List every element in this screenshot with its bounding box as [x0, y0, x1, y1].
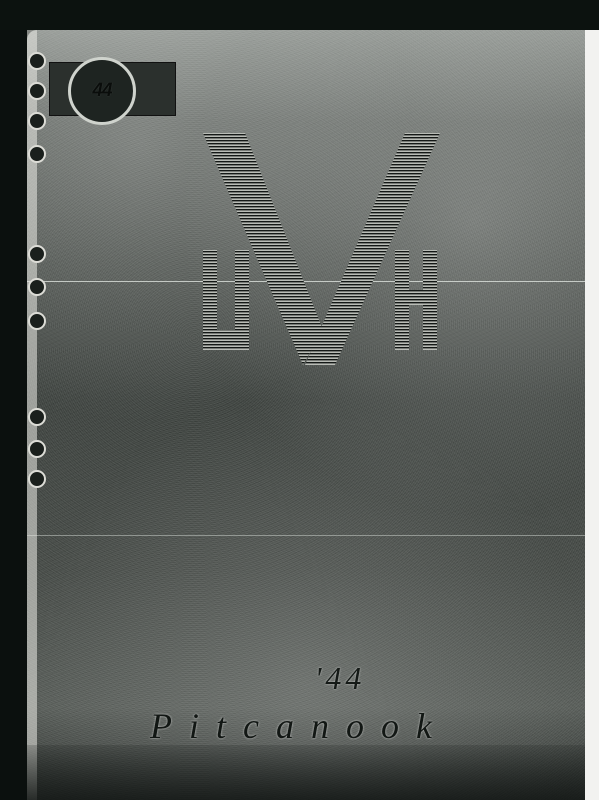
- binding-ring: [28, 145, 46, 163]
- bottom-shadow: [27, 745, 585, 800]
- crease-line: [27, 535, 585, 536]
- binding-ring: [28, 82, 46, 100]
- binding-ring: [28, 52, 46, 70]
- binding-ring: [28, 440, 46, 458]
- badge-label: 44: [92, 80, 111, 102]
- uvh-monogram-icon: [195, 125, 450, 370]
- binding-ring: [28, 245, 46, 263]
- class-year-badge-icon: 44: [68, 57, 136, 125]
- binding-ring: [28, 408, 46, 426]
- binding-ring: [28, 112, 46, 130]
- binding-ring: [28, 470, 46, 488]
- scanner-top-edge: [0, 0, 599, 30]
- scanner-right-edge: [585, 30, 599, 800]
- title-year: '44: [280, 660, 400, 697]
- title-name: Pitcanook: [150, 705, 500, 747]
- binding-ring: [28, 278, 46, 296]
- binding-ring: [28, 312, 46, 330]
